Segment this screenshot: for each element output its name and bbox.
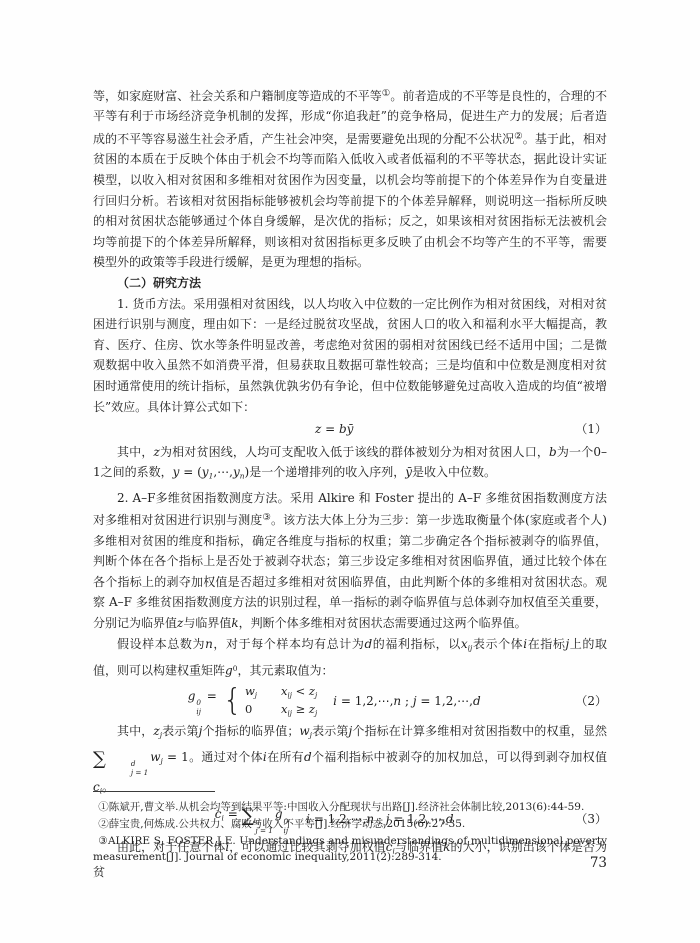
page-number: 73 [590,855,607,871]
formula-1-expression: z = bȳ [315,419,353,440]
formula-2-number: （2） [575,691,607,712]
paragraph-formula1-explanation: 其中，z为相对贫困线，人均可支配收入低于该线的群体被划分为相对贫困人口，b为一个… [93,442,607,488]
paragraph-weights-explanation: 其中，zj表示第j个指标的临界值；wj表示第j个指标在计算多维相对贫困指数中的权… [93,721,607,802]
formula-2: g0ij = { wj xij < zj 0 xij ≥ zj i = 1,2,… [93,683,607,719]
formula-2-cases: wj xij < zj 0 xij ≥ zj [245,683,317,719]
section-heading-research-methods: （二）研究方法 [93,273,607,294]
paragraph-monetary-method: 1. 货币方法。采用强相对贫困线，以人均收入中位数的一定比例作为相对贫困线，对相… [93,294,607,418]
formula-2-case1-value: wj [245,683,281,701]
footnotes-section: ①陈斌开,曹文举.从机会均等到结果平等:中国收入分配现状与出路[J].经济社会体… [93,791,607,866]
formula-1-number: （1） [575,419,607,440]
footnote-divider [93,791,215,792]
formula-2-lhs: g0ij = [188,686,217,716]
page-body-text: 等，如家庭财富、社会关系和户籍制度等造成的不平等①。前者造成的不平等是良性的，合… [93,84,607,882]
formula-2-index-ranges: i = 1,2,⋯,n ; j = 1,2,⋯,d [333,691,480,712]
formula-2-case2-condition: xij ≥ zj [281,701,317,719]
formula-2-case-row-2: 0 xij ≥ zj [245,701,317,719]
formula-2-case-row-1: wj xij < zj [245,683,317,701]
footnote-3: ③ALKIRE S, FOSTER J E. Understandings an… [93,833,607,867]
footnote-1: ①陈斌开,曹文举.从机会均等到结果平等:中国收入分配现状与出路[J].经济社会体… [93,799,607,816]
paragraph-intro-continued: 等，如家庭财富、社会关系和户籍制度等造成的不平等①。前者造成的不平等是良性的，合… [93,84,607,273]
formula-2-brace: { [223,686,242,716]
formula-2-case2-value: 0 [245,701,281,719]
footnote-2: ②薛宝贵,何炼成.公共权力、腐败与收入不平等[J].经济学动态,2015(6):… [93,816,607,833]
formula-1: z = bȳ （1） [93,419,607,440]
formula-2-body: g0ij = { wj xij < zj 0 xij ≥ zj i = 1,2,… [93,683,575,719]
paragraph-af-method: 2. A–F多维贫困指数测度方法。采用 Alkire 和 Foster 提出的 … [93,488,607,634]
formula-1-body: z = bȳ [93,419,575,440]
paper-page: 等，如家庭财富、社会关系和户籍制度等造成的不平等①。前者造成的不平等是良性的，合… [0,0,700,943]
paragraph-sample-assumption: 假设样本总数为n，对于每个样本均有总计为d的福利指标，以xij表示个体i在指标j… [93,634,607,682]
formula-2-case1-condition: xij < zj [281,683,317,701]
